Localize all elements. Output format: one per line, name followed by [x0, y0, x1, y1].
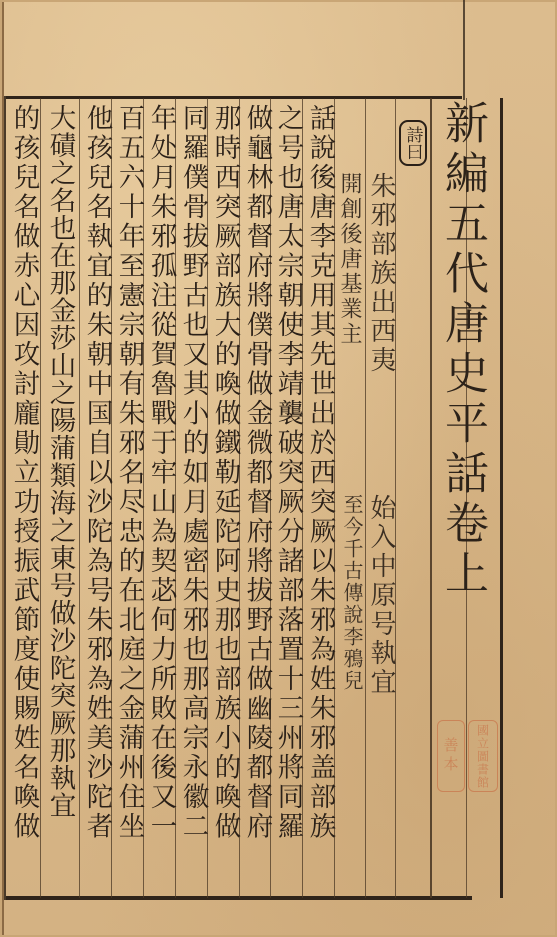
frame-border-bottom [4, 896, 472, 900]
body-column-10: 的孩兒名做赤心因攻討龐勛立功授振武節度使賜姓名喚做 [10, 104, 37, 842]
body-column-3: 做龜林都督府將僕骨做金微都督府將拔野古做幽陵都督府 [243, 104, 270, 842]
library-seal-left: 善本 [437, 720, 465, 792]
body-column-1: 話說後唐李克用其先世出於西突厥以朱邪為姓朱邪盖部族 [306, 104, 333, 842]
poem-heading-badge: 詩曰 [399, 120, 427, 166]
poem-line-1: 朱邪部族出西夷 [368, 172, 394, 375]
column-rule [40, 98, 41, 898]
body-column-5: 同羅僕骨拔野古也又其小的如月處密朱邪也那高宗永徽二 [179, 104, 206, 842]
column-rule [430, 98, 432, 898]
frame-border-right [500, 98, 503, 898]
frame-border-left [4, 96, 6, 900]
body-column-4: 那時西突厥部族大的喚做鐵勒延陀阿史那也部族小的喚做 [211, 104, 238, 842]
poem-line-2: 開創後唐基業主 [338, 172, 360, 347]
page-crease [463, 0, 465, 100]
body-column-7: 百五六十年至憲宗朝有朱邪名尽忠的在北庭之金蒲州住坐 [115, 104, 142, 842]
body-column-2: 之号也唐太宗朝使李靖襲破突厥分諸部落置十三州將同羅 [274, 104, 301, 842]
library-seal-right: 國立圖書館 [468, 720, 498, 792]
book-page: 新編五代唐史平話卷上 詩曰 朱邪部族出西夷 始入中原号執宜 開創後唐基業主 至今… [0, 0, 557, 937]
book-title: 新編五代唐史平話卷上 [440, 100, 484, 600]
column-rule [79, 98, 80, 898]
body-column-9: 大磧之名也在那金莎山之陽蒲類海之東号做沙陀突厥那執宜 [46, 104, 73, 819]
body-column-6: 年处月朱邪孤注從賀魯戰于牢山為契苾何力所敗在後又一 [147, 104, 174, 842]
poem-line-2-lower: 至今千古傳說李鴉兒 [342, 494, 362, 692]
poem-line-1-lower: 始入中原号執宜 [368, 494, 394, 697]
frame-border-top [4, 96, 462, 99]
body-column-8: 他孩兒名執宜的朱朝中国自以沙陀為号朱邪為姓美沙陀者 [83, 104, 110, 842]
